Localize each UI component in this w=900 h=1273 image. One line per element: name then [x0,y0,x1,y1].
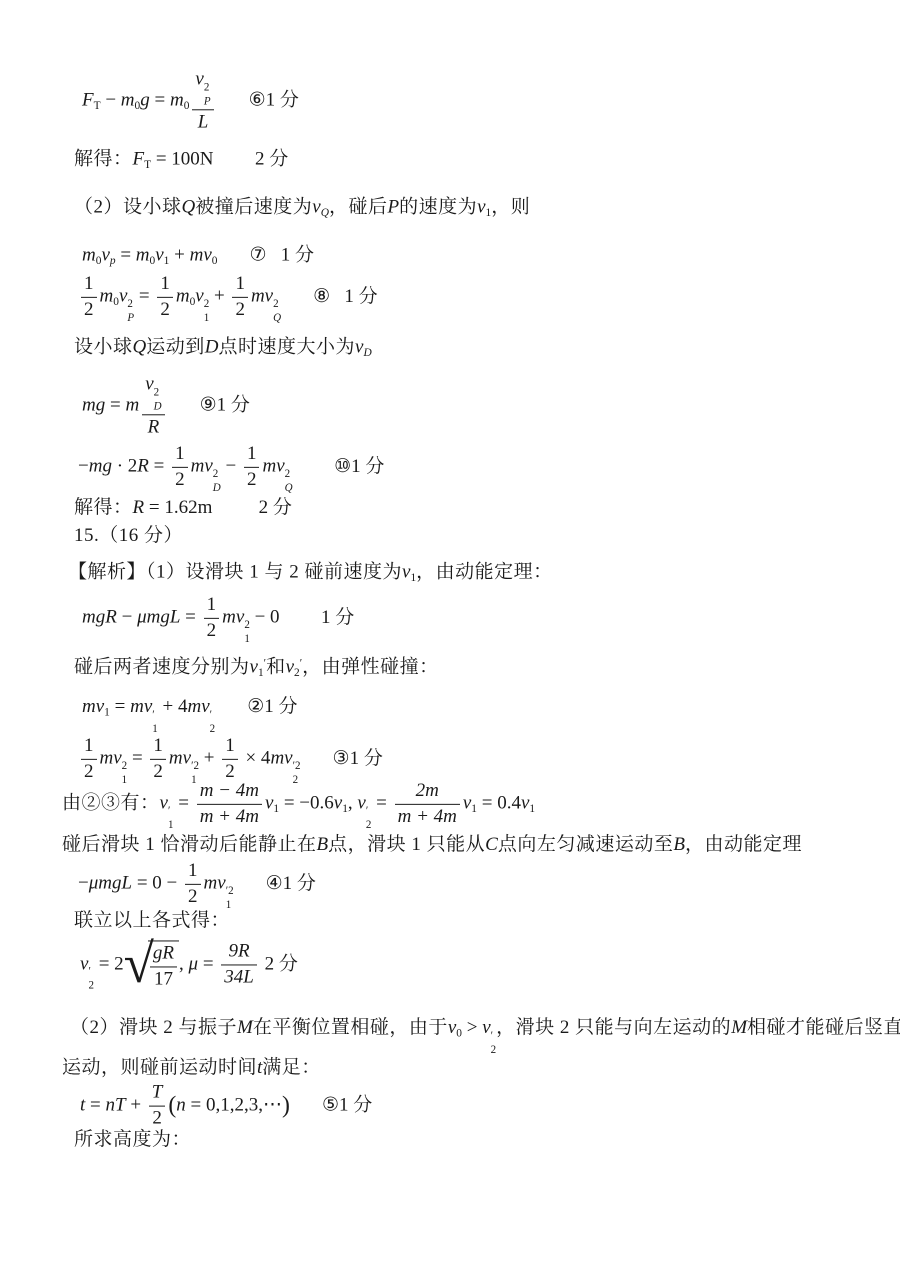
eq-energy-3: 12mv21 = 12mv′21 + 12 × 4mv′22③1 分 [78,736,383,786]
fraction: 12 [185,861,201,908]
numerator: v2P [192,69,213,110]
para-part2-line1: （2）滑块 2 与振子M在平衡位置相碰，由于v0 > v′2，滑块 2 只能与向… [70,1016,900,1056]
fraction: 12 [172,444,188,491]
fraction: 12 [222,736,238,783]
close-paren: ) [282,1092,290,1118]
eq-top-circular-9: mg = mv2DR⑨1 分 [82,374,250,437]
heading-problem-15: 15.（16 分） [74,524,183,548]
fraction: 12 [232,274,248,321]
eq-tension-circular: FT − m0g = m0v2PL⑥1 分 [82,69,299,132]
para-slider1-stops: 碰后滑块 1 恰滑动后能静止在B点，滑块 1 只能从C点向左匀减速运动至B，由动… [62,833,802,857]
result-tension: 解得：FT = 100N 2 分 [74,148,288,173]
fraction: gR17 [150,943,177,990]
score-tag: ③1 分 [333,748,383,769]
fraction: m − 4mm + 4m [197,781,262,828]
square-root: √gR17 [124,937,179,992]
para-height-label: 所求高度为： [74,1128,191,1152]
fraction: 12 [204,595,220,642]
fraction: 12 [244,444,260,491]
para-analysis-1: 【解析】（1）设滑块 1 与 2 碰前速度为v1，由动能定理： [68,561,553,586]
fraction: 12 [81,736,97,783]
sup-sub-stack: 2Q [273,299,281,324]
sup-sub-stack: 2D [213,469,221,494]
para-vd-setup: 设小球Q运动到D点时速度大小为vD [74,336,372,361]
denominator: R [142,415,164,438]
fraction: v2PL [192,69,213,132]
eq-result-v2-mu: v′2 = 2√gR17, μ = 9R34L 2 分 [80,937,298,992]
eq-energy-8: 12m0v2P = 12m0v21 + 12mv2Q⑧ 1 分 [78,274,378,324]
numerator: T [149,1083,166,1107]
para-combine: 联立以上各式得： [74,909,230,933]
score-tag: ⑨1 分 [200,394,250,415]
eq-time-5: t = nT + T2(n = 0,1,2,3,⋯)⑤1 分 [80,1083,372,1130]
radical-sign: √ [124,936,154,991]
numerator: v2D [142,374,164,415]
denominator: L [192,110,213,133]
para-part2-line2: 运动，则碰前运动时间t满足： [62,1056,321,1080]
score-tag: ⑩1 分 [325,456,385,477]
fraction: T2 [149,1083,166,1130]
sup-sub-stack: 2Q [285,469,293,494]
fraction: 2mm + 4m [395,781,460,828]
score-tag: ④1 分 [266,873,316,894]
eq-momentum-7: m0vp = m0v1 + mv0⑦ 1 分 [82,244,314,269]
score-tag: 2 分 [246,149,289,170]
eq-energy-10: −mg · 2R = 12mv2D − 12mv2Q ⑩1 分 [78,444,384,494]
eq-solve-velocities: 由②③有：v′1 = m − 4mm + 4mv1 = −0.6v1, v′2 … [62,781,535,831]
sup-sub-stack: 2D [154,387,162,412]
para-after-collision: 碰后两者速度分别为v1′和v2′，由弹性碰撞： [74,656,439,681]
fraction: 12 [150,736,166,783]
score-tag: 1 分 [312,607,355,628]
score-tag: ⑦ 1 分 [249,245,314,266]
score-tag: 2 分 [244,497,292,518]
fraction: 12 [81,274,97,321]
eq-work-energy-1: mgR − μmgL = 12mv21 − 0 1 分 [82,595,354,645]
sup-sub-stack: ′21 [226,886,234,911]
fraction: v2DR [142,374,164,437]
fraction: 9R34L [221,942,257,989]
fraction: 12 [157,274,173,321]
score-tag: ②1 分 [247,696,297,717]
score-tag: ⑥1 分 [249,89,299,110]
score-tag: ⑧ 1 分 [313,286,378,307]
result-radius: 解得：R = 1.62m 2 分 [74,496,292,520]
para-part2-setup: （2）设小球Q被撞后速度为vQ，碰后P的速度为v1，则 [74,196,530,221]
eq-work-energy-4: −μmgL = 0 − 12mv′21④1 分 [78,861,316,911]
sup-sub-stack: ′2 [210,710,216,735]
eq-momentum-2: mv1 = mv′1 + 4mv′2②1 分 [82,695,297,735]
sup-sub-stack: 2P [204,82,211,107]
score-tag: ⑤1 分 [322,1094,372,1115]
